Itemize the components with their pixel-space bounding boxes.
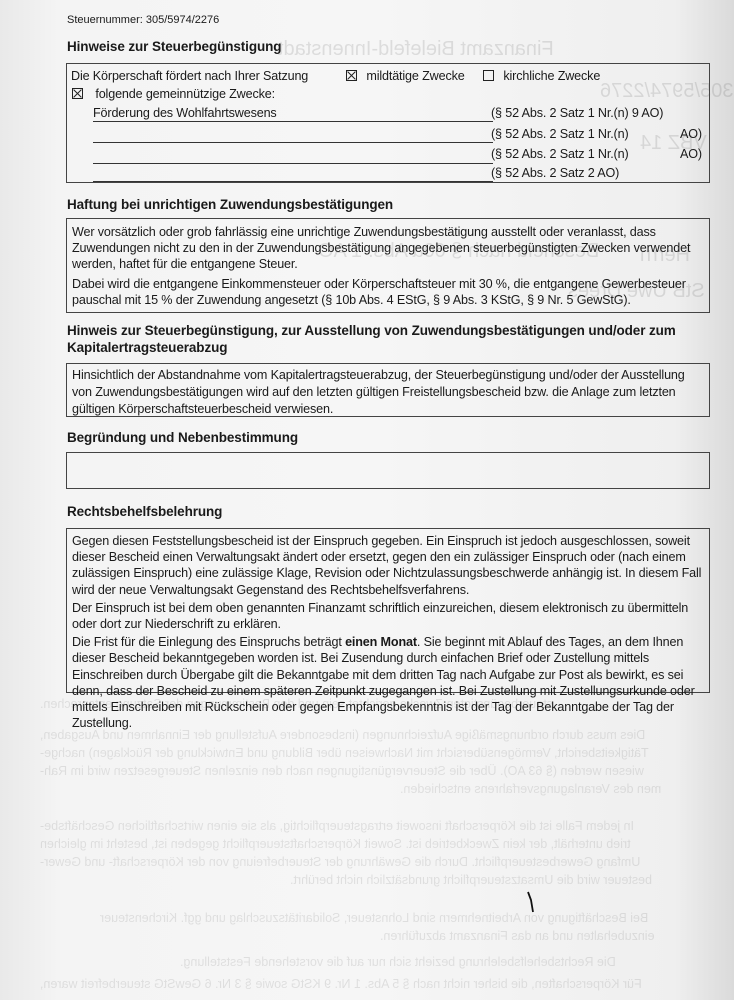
heading-hinweis-line1: Hinweis zur Steuerbegünstigung, zur Auss… [67, 323, 676, 338]
rechtsbehelf-paragraph-3: Die Frist für die Einlegung des Einspruc… [72, 634, 704, 731]
haftung-paragraph-1: Wer vorsätzlich oder grob fahrlässig ein… [72, 224, 704, 273]
heading-haftung: Haftung bei unrichtigen Zuwendungsbestät… [67, 197, 393, 212]
frist-text-rest: . Sie beginnt mit Ablauf des Tages, an d… [72, 635, 695, 730]
purpose-ref-3: (§ 52 Abs. 2 Satz 1 Nr.(n) [491, 146, 629, 162]
intro-text: Die Körperschaft fördert nach Ihrer Satz… [71, 68, 308, 84]
purpose-field-3[interactable] [93, 163, 493, 164]
ghost-line: wiesen werden (§ 63 AO). Über die Steuer… [40, 763, 644, 779]
haftung-box: Wer vorsätzlich oder grob fahrlässig ein… [66, 218, 710, 313]
checkbox-label: folgende gemeinnützige Zwecke: [95, 87, 275, 101]
checkbox-label: mildtätige Zwecke [366, 69, 464, 83]
purpose-ref-1: (§ 52 Abs. 2 Satz 1 Nr.(n) 9 AO) [491, 105, 663, 121]
rechtsbehelf-box: Gegen diesen Feststellungsbescheid ist d… [66, 528, 710, 693]
heading-hinweis-line2: Kapitalertragsteuerabzug [67, 340, 227, 355]
purpose-field-1[interactable]: Förderung des Wohlfahrtswesens [93, 105, 277, 121]
ghost-line: trieb unterhält, der kein Zweckbetrieb i… [40, 836, 631, 852]
ghost-line: Die Rechtsbehelfsbelehrung bezieht sich … [180, 954, 616, 970]
haftung-paragraph-2: Dabei wird die entgangene Einkommensteue… [72, 276, 704, 308]
purpose-ref-2-suffix: AO) [680, 126, 702, 142]
ghost-line: Für Körperschaften, die bisher nicht nac… [40, 976, 642, 992]
heading-rechtsbehelf: Rechtsbehelfsbelehrung [67, 504, 222, 519]
purpose-field-4[interactable] [93, 181, 493, 182]
ghost-line: besteuer wird die Umsatzsteuerpflicht gr… [290, 872, 652, 888]
steuerbeguenstigung-box: Die Körperschaft fördert nach Ihrer Satz… [66, 63, 710, 183]
heading-begruendung: Begründung und Nebenbestimmung [67, 430, 298, 445]
hinweis-box: Hinsichtlich der Abstandnahme vom Kapita… [66, 363, 710, 417]
checkbox-gemeinnuetzig[interactable]: folgende gemeinnützige Zwecke: [72, 86, 275, 102]
tax-number: Steuernummer: 305/5974/2276 [67, 14, 219, 26]
rechtsbehelf-paragraph-1: Gegen diesen Feststellungsbescheid ist d… [72, 533, 704, 598]
checkbox-checked-icon[interactable] [72, 88, 83, 99]
purpose-ref-4: (§ 52 Abs. 2 Satz 2 AO) [491, 165, 619, 181]
purpose-field-2[interactable] [93, 142, 493, 143]
checkbox-mildtaetig[interactable]: mildtätige Zwecke [346, 68, 465, 84]
pen-mark [526, 890, 536, 916]
ghost-line: In jedem Falle ist die Körperschaft inso… [40, 818, 634, 834]
checkbox-checked-icon[interactable] [346, 70, 357, 81]
hinweis-paragraph: Hinsichtlich der Abstandnahme vom Kapita… [72, 367, 704, 418]
purpose-ref-3-suffix: AO) [680, 146, 702, 162]
ghost-line: Tätigkeitsbericht, Vermögensübersicht mi… [40, 745, 649, 761]
purpose-ref-2: (§ 52 Abs. 2 Satz 1 Nr.(n) [491, 126, 629, 142]
checkbox-label: kirchliche Zwecke [503, 69, 600, 83]
rechtsbehelf-paragraph-2: Der Einspruch ist bei dem oben genannten… [72, 600, 704, 632]
frist-bold: einen Monat [345, 635, 417, 649]
ghost-text: Finanzamt Bielefeld-Innenstadt [278, 38, 554, 61]
ghost-line: einzubehalten und an das Finanzamt abzuf… [380, 928, 655, 944]
heading-steuerbeguenstigung: Hinweise zur Steuerbegünstigung [67, 39, 281, 54]
checkbox-unchecked-icon[interactable] [483, 70, 494, 81]
ghost-line: Bei Beschäftigung von Arbeitnehmern sind… [100, 910, 648, 926]
checkbox-kirchlich[interactable]: kirchliche Zwecke [483, 68, 600, 84]
ghost-line: men des Veranlagungsverfahrens entschied… [400, 781, 661, 797]
ghost-line: Umfang Gewerbesteuerpflicht. Durch die G… [40, 854, 640, 870]
begruendung-box [66, 452, 710, 489]
frist-text: Die Frist für die Einlegung des Einspruc… [72, 635, 345, 649]
